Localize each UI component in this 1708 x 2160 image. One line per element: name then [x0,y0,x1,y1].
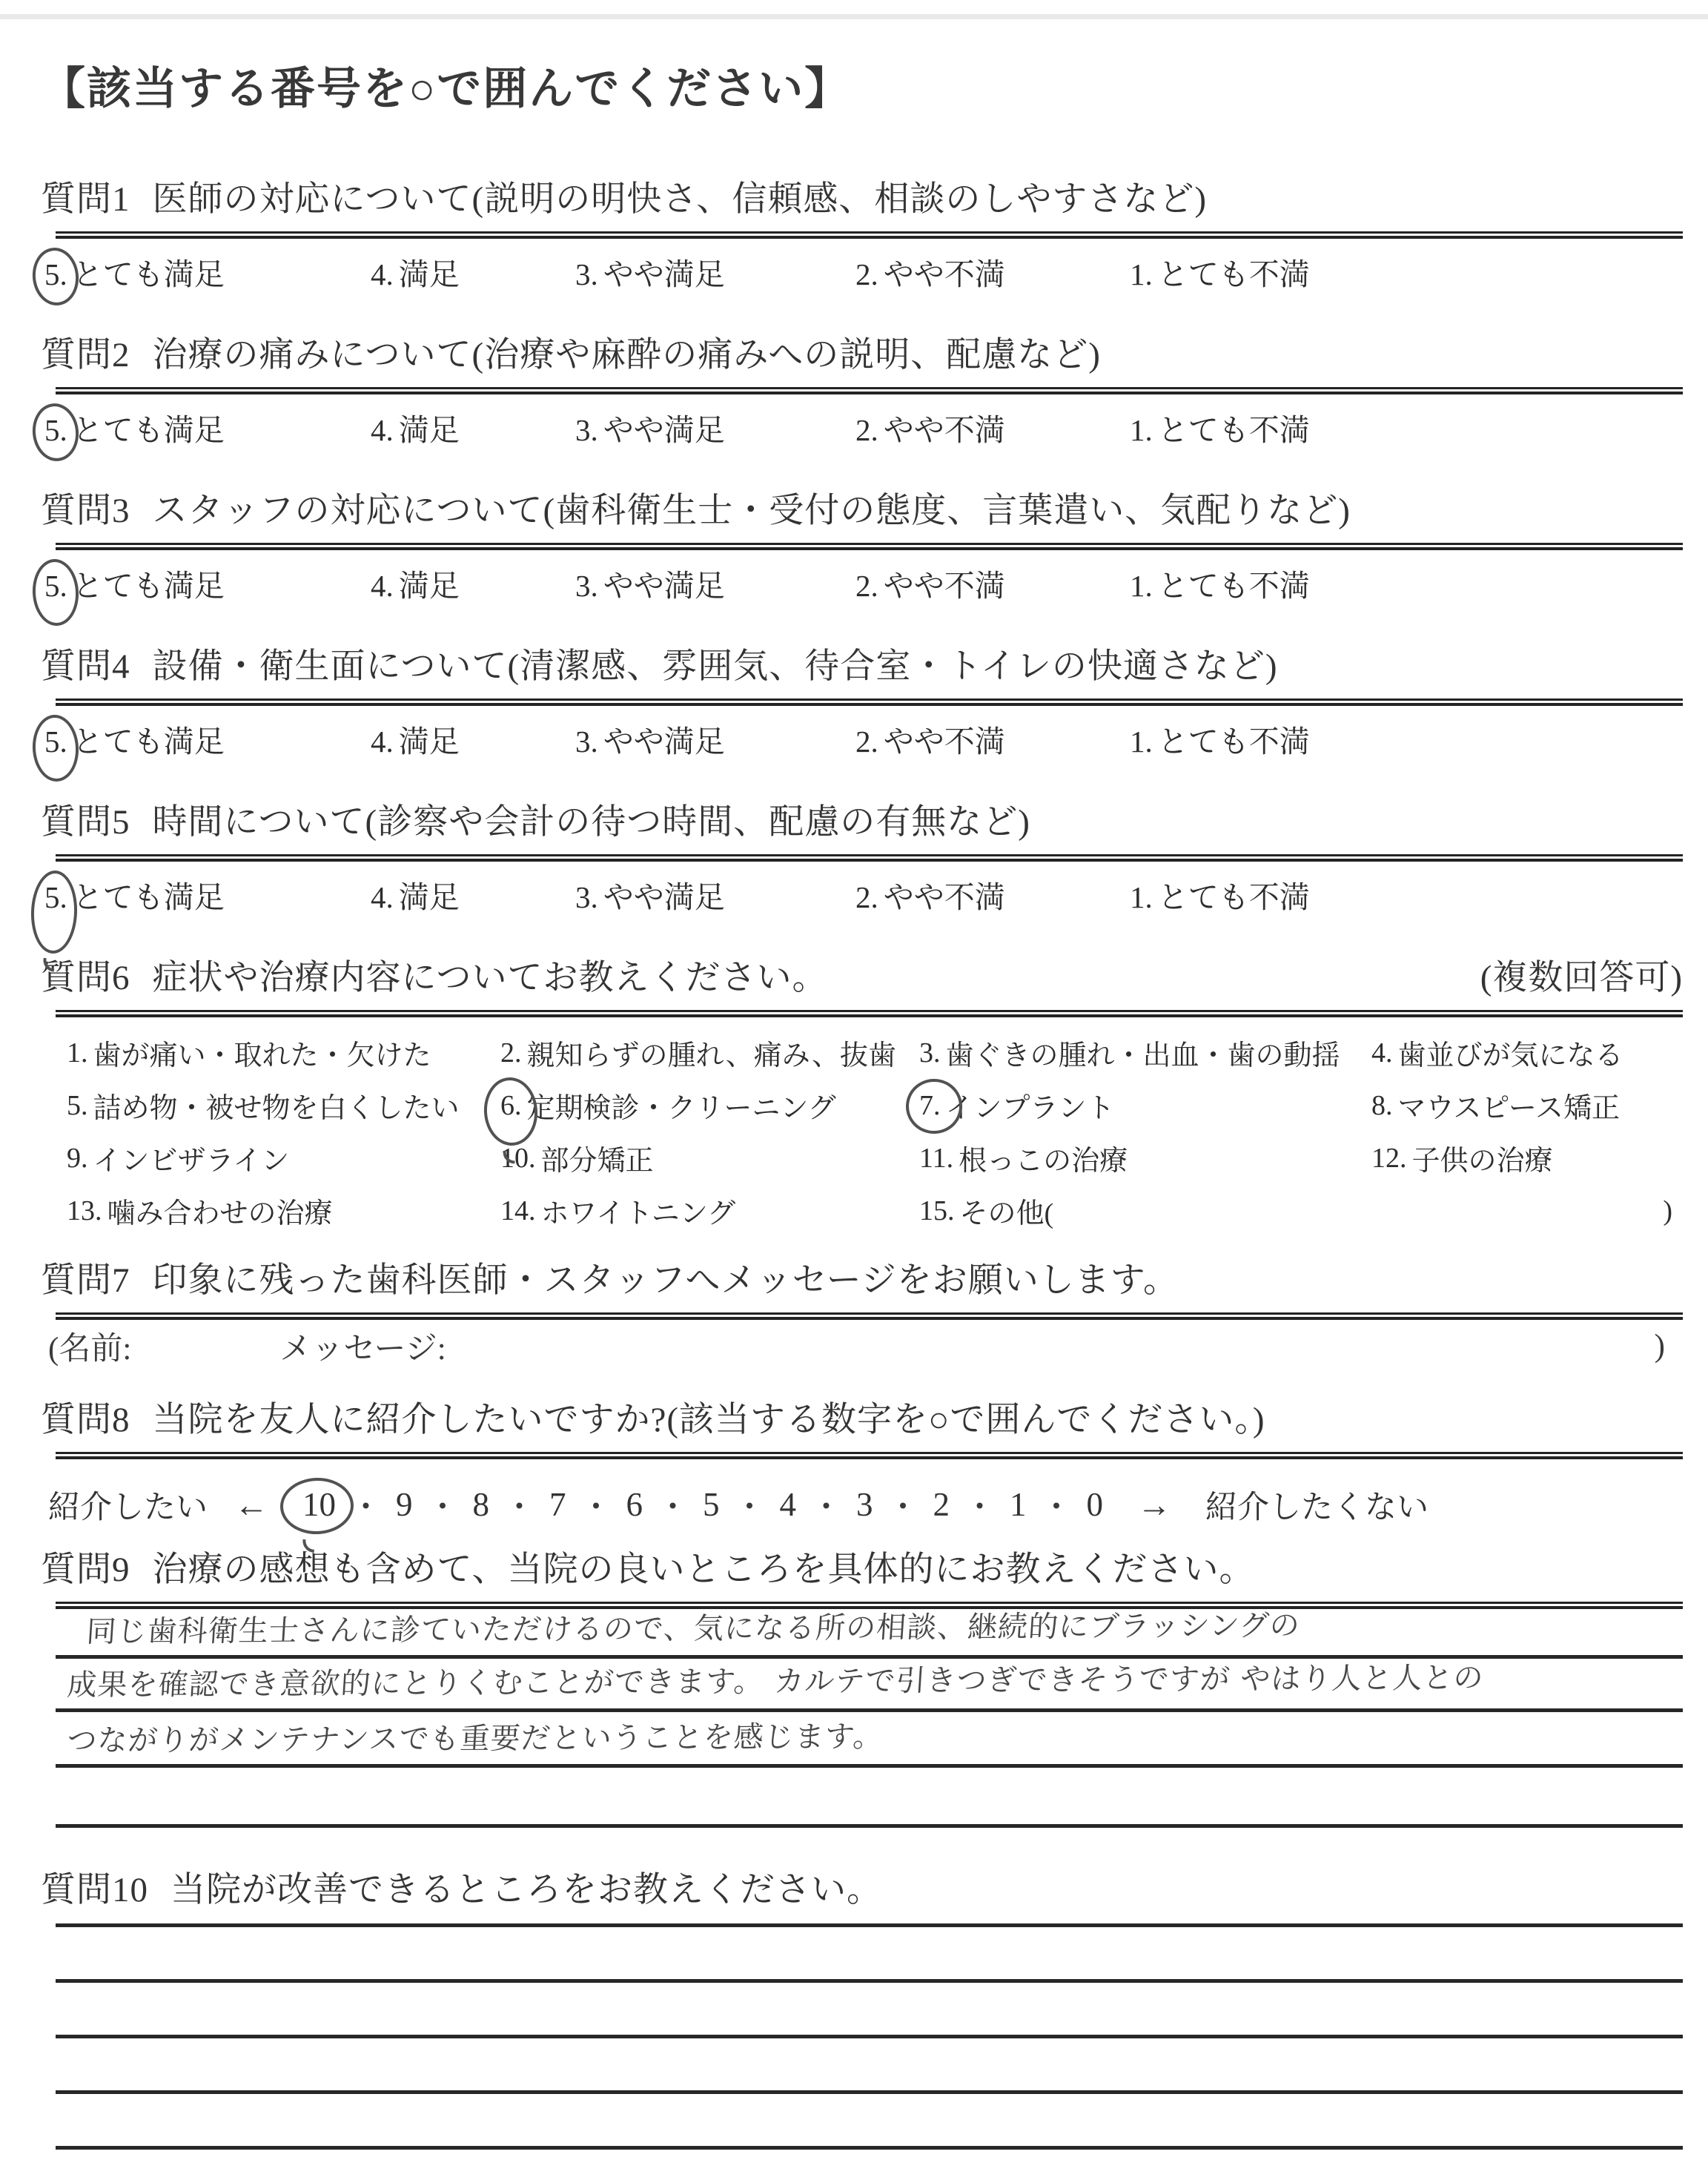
divider [56,543,1683,550]
item-number: 4. [1371,1037,1393,1069]
option-number: 1. [1130,257,1153,291]
option-5: 5.とても満足 [44,406,371,449]
item-label: 歯並びが気になる [1398,1032,1623,1073]
item-label: 定期検診・クリーニング [527,1085,836,1126]
option-number: 2. [855,724,878,759]
question-6-note: (複数回答可) [1480,957,1683,1000]
option-label: とても満足 [73,413,225,447]
divider [56,387,1683,394]
option-label: やや満足 [603,413,725,447]
question-3-options: 5.とても満足 4.満足 3.やや満足 2.やや不満 1.とても不満 [44,561,1683,603]
question-3-title: スタッフの対応について(歯科衛生士・受付の態度、言葉遣い、気配りなど) [153,492,1351,530]
item-number: 8. [1371,1089,1393,1122]
question-8-scale: 紹介したい ← 10 ・ 9 ・ 8 ・ 7 ・ 6 ・ 5 ・ 4 ・ 3 ・… [48,1476,1683,1533]
option-5: 5.とても満足 [44,561,371,605]
option-number: 5. [44,569,67,603]
q6-item-3: 3.歯ぐきの腫れ・出血・歯の動揺 [919,1026,1371,1079]
item-label: 子供の治療 [1412,1137,1553,1178]
item-number: 14. [500,1195,536,1227]
option-number: 5. [44,724,67,759]
item-number: 7. [919,1090,941,1121]
option-label: やや満足 [603,880,725,914]
q6-item-12: 12.子供の治療 [1371,1132,1683,1184]
option-number: 3. [575,569,598,603]
item-number: 9. [67,1142,88,1175]
q8-number-8: 8 [466,1485,497,1524]
scale-dot: ・ [804,1482,849,1527]
item-number: 3. [919,1037,941,1069]
answer-line [56,1912,1683,1927]
question-7-heading: 質問7印象に残った歯科医師・スタッフへメッセージをお願いします。 [41,1259,1683,1302]
item-label: インプラント [946,1085,1115,1126]
option-number: 1. [1130,880,1153,914]
question-5-title: 時間について(診察や会計の待つ時間、配慮の有無など) [153,803,1030,842]
q8-number-6: 6 [619,1485,651,1524]
question-6-section: 質問6症状や治療内容についてお教えください。 (複数回答可) 1.歯が痛い・取れ… [41,957,1683,1237]
option-label: やや満足 [603,257,725,291]
divider [56,854,1683,862]
option-4: 4.満足 [371,717,575,761]
option-number: 3. [575,880,598,914]
q8-number-10: 10 [295,1485,343,1524]
item-label: 噛み合わせの治療 [107,1190,333,1231]
option-5: 5.とても満足 [44,873,371,916]
item-label: 詰め物・被せ物を白くしたい [93,1085,460,1126]
option-label: とても満足 [73,257,225,291]
option-label: やや不満 [884,880,1005,914]
scale-dot: ・ [1034,1482,1079,1527]
survey-form-page: 【該当する番号を○で囲んでください】 質問1医師の対応について(説明の明快さ、信… [0,0,1708,2160]
option-label: やや満足 [603,569,725,603]
form-title: 【該当する番号を○で囲んでください】 [41,53,1683,117]
option-label: 満足 [399,413,460,447]
question-1-options: 5.とても満足 4.満足 3.やや満足 2.やや不満 1.とても不満 [44,250,1683,291]
question-9-label: 質問9 [41,1550,130,1589]
handwritten-text: 同じ歯科衛生士さんに診ていただけるので、気になる所の相談、継続的にブラッシングの [85,1602,1302,1651]
option-label: とても不満 [1158,413,1310,447]
question-1-label: 質問1 [41,180,130,219]
question-2-title: 治療の痛みについて(治療や麻酔の痛みへの説明、配慮など) [153,336,1101,374]
scale-dot: ・ [343,1482,388,1527]
q8-left-label: 紹介したい [48,1482,208,1527]
divider [56,698,1683,706]
question-3-section: 質問3スタッフの対応について(歯科衛生士・受付の態度、言葉遣い、気配りなど) 5… [41,489,1683,603]
question-2-label: 質問2 [41,336,130,374]
question-6-heading: 質問6症状や治療内容についてお教えください。 (複数回答可) [41,957,1683,1000]
option-number: 4. [371,413,394,447]
question-1-section: 質問1医師の対応について(説明の明快さ、信頼感、相談のしやすさなど) 5.とても… [41,178,1683,291]
option-number: 3. [575,724,598,759]
item-number: 12. [1371,1142,1407,1175]
option-number: 5. [44,413,67,447]
option-2: 2.やや不満 [855,250,1130,294]
item-number: 13. [67,1195,102,1227]
question-3-label: 質問3 [41,492,130,530]
q8-number-5: 5 [695,1485,727,1524]
q7-close-paren: ) [1655,1328,1665,1364]
option-3: 3.やや満足 [575,717,855,761]
item-label: 歯ぐきの腫れ・出血・歯の動揺 [946,1032,1340,1073]
item-label: その他( [960,1190,1054,1231]
option-label: とても不満 [1158,569,1310,603]
question-10-heading: 質問10当院が改善できるところをお教えください。 [41,1869,1683,1912]
q8-right-label: 紹介したくない [1205,1482,1429,1527]
option-label: やや不満 [884,569,1005,603]
answer-line [56,2038,1683,2094]
option-2: 2.やや不満 [855,717,1130,761]
option-4: 4.満足 [371,873,575,916]
option-3: 3.やや満足 [575,561,855,605]
option-number: 5. [44,880,67,914]
q7-name-label: (名前: [48,1324,131,1369]
item-label: マウスピース矯正 [1398,1085,1620,1126]
option-1: 1.とても不満 [1130,250,1310,294]
question-7-answer-row: (名前: メッセージ: ) [48,1320,1683,1372]
q8-number-4: 4 [772,1485,804,1524]
question-10-label: 質問10 [41,1871,148,1909]
handwritten-text: つながりがメンテナンスでも重要だということを感じます。 [66,1713,885,1760]
option-5: 5.とても満足 [44,250,371,294]
q6-item-7: 7.インプラント [919,1079,1371,1132]
option-label: 満足 [399,724,460,759]
option-number: 1. [1130,413,1153,447]
item-label: 歯が痛い・取れた・欠けた [93,1032,431,1073]
question-5-section: 質問5時間について(診察や会計の待つ時間、配慮の有無など) 5.とても満足 4.… [41,801,1683,914]
divider [56,1010,1683,1017]
item-number: 6. [500,1090,522,1121]
handwritten-text: 成果を確認でき意欲的にとりくむことができます。 カルテで引きつぎできそうですが … [66,1654,1486,1704]
item-label: インビザライン [93,1137,290,1178]
option-label: とても不満 [1158,724,1310,759]
item-number: 1. [67,1037,88,1069]
q8-number-2: 2 [926,1485,958,1524]
question-9-heading: 質問9治療の感想も含めて、当院の良いところを具体的にお教えください。 [41,1548,1683,1591]
question-4-heading: 質問4設備・衛生面について(清潔感、雰囲気、待合室・トイレの快適さなど) [41,645,1683,688]
answer-line [56,2094,1683,2150]
scale-dot: ・ [574,1482,619,1527]
q8-number-0: 0 [1079,1485,1111,1524]
option-4: 4.満足 [371,406,575,449]
question-8-label: 質問8 [41,1401,130,1439]
divider [56,1312,1683,1320]
q6-item-11: 11.根っこの治療 [919,1132,1371,1184]
question-4-options: 5.とても満足 4.満足 3.やや満足 2.やや不満 1.とても不満 [44,717,1683,759]
option-number: 4. [371,257,394,291]
q6-item-5: 5.詰め物・被せ物を白くしたい [67,1079,500,1132]
question-6-label: 質問6 [41,959,130,997]
item-number: 10. [500,1142,536,1175]
question-10-section: 質問10当院が改善できるところをお教えください。 [41,1869,1683,2150]
question-2-heading: 質問2治療の痛みについて(治療や麻酔の痛みへの説明、配慮など) [41,334,1683,377]
item-label: ホワイトニング [541,1190,736,1231]
scale-number: 10 [302,1486,336,1523]
question-7-section: 質問7印象に残った歯科医師・スタッフへメッセージをお願いします。 (名前: メッ… [41,1259,1683,1372]
answer-line [56,1983,1683,2038]
option-1: 1.とても不満 [1130,406,1310,449]
question-10-title: 当院が改善できるところをお教えください。 [171,1871,882,1909]
scale-dot: ・ [497,1482,542,1527]
question-4-title: 設備・衛生面について(清潔感、雰囲気、待合室・トイレの快適さなど) [153,647,1278,686]
q6-item-10: 10.部分矯正 [500,1132,919,1184]
question-6-title-wrap: 質問6症状や治療内容についてお教えください。 [41,957,828,1000]
q8-number-1: 1 [1002,1485,1034,1524]
item-number: 15. [919,1195,955,1227]
option-label: とても満足 [73,569,225,603]
item-label: 部分矯正 [541,1137,654,1178]
scale-dot: ・ [957,1482,1002,1527]
question-7-title: 印象に残った歯科医師・スタッフへメッセージをお願いします。 [153,1261,1179,1300]
item-number: 2. [500,1037,522,1069]
option-label: とても満足 [73,724,225,759]
option-number: 2. [855,257,878,291]
option-number: 1. [1130,569,1153,603]
option-number: 4. [371,724,394,759]
option-2: 2.やや不満 [855,561,1130,605]
option-2: 2.やや不満 [855,406,1130,449]
question-8-title: 当院を友人に紹介したいですか?(該当する数字を○で囲んでください。) [153,1401,1265,1439]
option-label: やや不満 [884,257,1005,291]
left-arrow-icon: ← [234,1485,268,1525]
q7-message-label: メッセージ: [279,1324,446,1369]
q8-number-3: 3 [849,1485,881,1524]
option-1: 1.とても不満 [1130,873,1310,916]
option-number: 4. [371,880,394,914]
option-label: 満足 [399,569,460,603]
item-label: 根っこの治療 [959,1137,1128,1178]
q6-item-13: 13.噛み合わせの治療 [67,1184,500,1237]
scale-dot: ・ [420,1482,466,1527]
option-3: 3.やや満足 [575,406,855,449]
option-label: やや満足 [603,724,725,759]
item-number: 5. [67,1089,88,1122]
scale-dot: ・ [881,1482,926,1527]
q6-item-9: 9.インビザライン [67,1132,500,1184]
q6-item-6: 6.定期検診・クリーニング [500,1079,919,1132]
q8-number-7: 7 [542,1485,574,1524]
divider [56,231,1683,239]
question-7-label: 質問7 [41,1261,130,1300]
scale-dot: ・ [727,1482,772,1527]
option-number: 3. [575,413,598,447]
option-label: とても満足 [73,880,225,914]
option-3: 3.やや満足 [575,873,855,916]
option-number: 5. [44,257,67,291]
question-5-heading: 質問5時間について(診察や会計の待つ時間、配慮の有無など) [41,801,1683,844]
option-number: 1. [1130,724,1153,759]
item-number: 11. [919,1142,953,1175]
right-arrow-icon: → [1137,1485,1171,1525]
q6-item-4: 4.歯並びが気になる [1371,1026,1683,1079]
option-1: 1.とても不満 [1130,717,1310,761]
option-5: 5.とても満足 [44,717,371,761]
option-2: 2.やや不満 [855,873,1130,916]
option-label: とても不満 [1158,257,1310,291]
question-1-title: 医師の対応について(説明の明快さ、信頼感、相談のしやすさなど) [153,180,1207,219]
answer-line [56,1768,1683,1828]
option-4: 4.満足 [371,561,575,605]
question-4-label: 質問4 [41,647,130,686]
question-5-label: 質問5 [41,803,130,842]
answer-line: つながりがメンテナンスでも重要だということを感じます。 [56,1712,1683,1768]
option-label: 満足 [399,257,460,291]
divider [56,1452,1683,1459]
answer-line: 成果を確認でき意欲的にとりくむことができます。 カルテで引きつぎできそうですが … [56,1659,1683,1712]
option-number: 2. [855,569,878,603]
option-number: 2. [855,880,878,914]
q6-item-15: 15.その他( [919,1184,1371,1237]
option-label: やや不満 [884,413,1005,447]
q6-item-8: 8.マウスピース矯正 [1371,1079,1683,1132]
question-9-section: 質問9治療の感想も含めて、当院の良いところを具体的にお教えください。 同じ歯科衛… [41,1548,1683,1828]
option-number: 4. [371,569,394,603]
option-label: 満足 [399,880,460,914]
question-6-items: 1.歯が痛い・取れた・欠けた 2.親知らずの腫れ、痛み、抜歯 3.歯ぐきの腫れ・… [67,1026,1683,1237]
scale-dot: ・ [650,1482,695,1527]
question-5-options: 5.とても満足 4.満足 3.やや満足 2.やや不満 1.とても不満 [44,873,1683,914]
option-3: 3.やや満足 [575,250,855,294]
question-8-heading: 質問8当院を友人に紹介したいですか?(該当する数字を○で囲んでください。) [41,1398,1683,1441]
question-9-title: 治療の感想も含めて、当院の良いところを具体的にお教えください。 [153,1550,1255,1589]
question-1-heading: 質問1医師の対応について(説明の明快さ、信頼感、相談のしやすさなど) [41,178,1683,221]
question-2-section: 質問2治療の痛みについて(治療や麻酔の痛みへの説明、配慮など) 5.とても満足 … [41,334,1683,447]
option-1: 1.とても不満 [1130,561,1310,605]
option-label: やや不満 [884,724,1005,759]
q6-item-2: 2.親知らずの腫れ、痛み、抜歯 [500,1026,919,1079]
question-8-section: 質問8当院を友人に紹介したいですか?(該当する数字を○で囲んでください。) 紹介… [41,1398,1683,1533]
question-4-section: 質問4設備・衛生面について(清潔感、雰囲気、待合室・トイレの快適さなど) 5.と… [41,645,1683,759]
question-2-options: 5.とても満足 4.満足 3.やや満足 2.やや不満 1.とても不満 [44,406,1683,447]
option-number: 3. [575,257,598,291]
option-label: とても不満 [1158,880,1310,914]
q8-number-9: 9 [388,1485,420,1524]
option-4: 4.満足 [371,250,575,294]
question-6-title: 症状や治療内容についてお教えください。 [153,959,828,997]
answer-line: 同じ歯科衛生士さんに診ていただけるので、気になる所の相談、継続的にブラッシングの [56,1609,1683,1659]
q6-item-1: 1.歯が痛い・取れた・欠けた [67,1026,500,1079]
item-label: 親知らずの腫れ、痛み、抜歯 [527,1032,897,1073]
q6-other-close-paren: ) [1371,1184,1683,1237]
option-number: 2. [855,413,878,447]
q6-item-14: 14.ホワイトニング [500,1184,919,1237]
answer-line [56,1927,1683,1983]
question-3-heading: 質問3スタッフの対応について(歯科衛生士・受付の態度、言葉遣い、気配りなど) [41,489,1683,532]
